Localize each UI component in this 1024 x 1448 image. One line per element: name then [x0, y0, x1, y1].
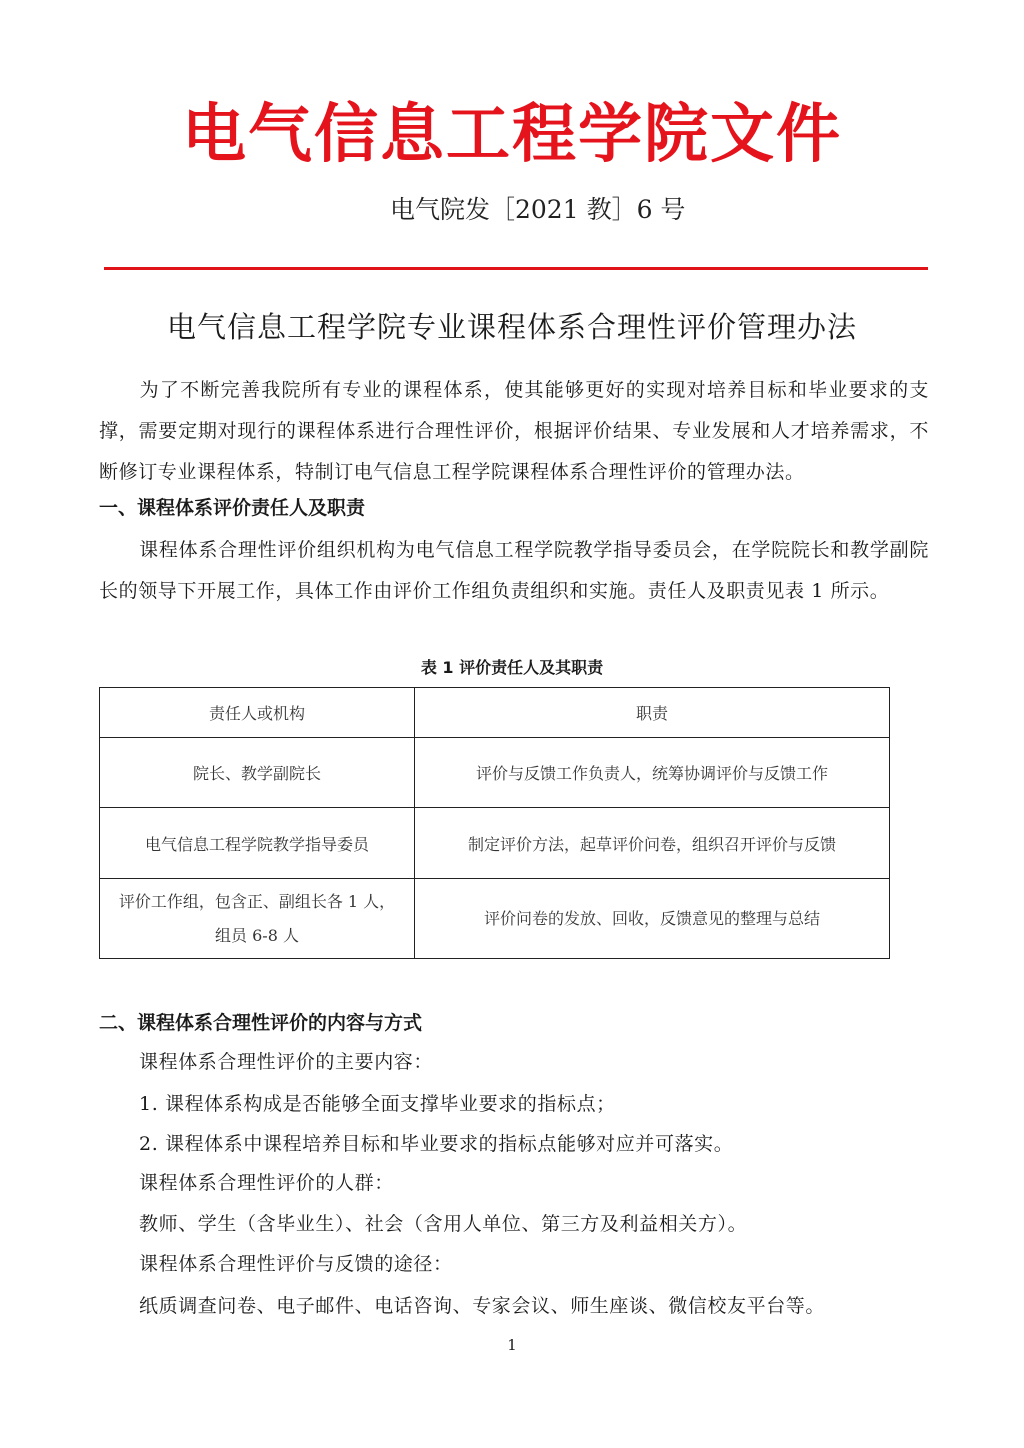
org-file-title: 电气信息工程学院文件 — [0, 95, 1024, 175]
page-number: 1 — [0, 1335, 1024, 1355]
table-row: 电气信息工程学院教学指导委员 制定评价方法，起草评价问卷，组织召开评价与反馈 — [100, 808, 890, 879]
table-cell: 评价问卷的发放、回收，反馈意见的整理与总结 — [415, 879, 890, 959]
section-2-heading: 二、课程体系合理性评价的内容与方式 — [99, 1007, 422, 1039]
table-cell: 评价工作组，包含正、副组长各 1 人， 组员 6-8 人 — [100, 879, 415, 959]
document-title: 电气信息工程学院专业课程体系合理性评价管理办法 — [0, 305, 1024, 349]
table-caption: 表 1 评价责任人及其职责 — [0, 656, 1024, 680]
table-row: 评价工作组，包含正、副组长各 1 人， 组员 6-8 人 评价问卷的发放、回收，… — [100, 879, 890, 959]
section-1-heading: 一、课程体系评价责任人及职责 — [99, 492, 365, 524]
table-row: 院长、教学副院长 评价与反馈工作负责人，统筹协调评价与反馈工作 — [100, 738, 890, 808]
red-divider-rule — [104, 267, 928, 270]
content-line: 课程体系合理性评价的主要内容： — [139, 1046, 433, 1078]
table-cell: 院长、教学副院长 — [100, 738, 415, 808]
table-header-cell: 责任人或机构 — [100, 688, 415, 738]
content-line: 课程体系合理性评价与反馈的途径： — [139, 1248, 453, 1280]
document-page: 电气信息工程学院文件 电气院发［2021 教］6 号 电气信息工程学院专业课程体… — [0, 0, 1024, 1448]
table-cell-line: 组员 6-8 人 — [106, 919, 408, 953]
table-header-row: 责任人或机构 职责 — [100, 688, 890, 738]
section-1-paragraph: 课程体系合理性评价组织机构为电气信息工程学院教学指导委员会，在学院院长和教学副院… — [99, 530, 929, 612]
document-number: 电气院发［2021 教］6 号 — [390, 192, 685, 228]
table-cell: 电气信息工程学院教学指导委员 — [100, 808, 415, 879]
list-item: 2. 课程体系中课程培养目标和毕业要求的指标点能够对应并可落实。 — [139, 1128, 733, 1160]
intro-text: 为了不断完善我院所有专业的课程体系，使其能够更好的实现对培养目标和毕业要求的支撑… — [99, 379, 929, 483]
responsibility-table: 责任人或机构 职责 院长、教学副院长 评价与反馈工作负责人，统筹协调评价与反馈工… — [99, 687, 890, 959]
table-cell-line: 评价工作组，包含正、副组长各 1 人， — [106, 885, 408, 919]
content-line: 教师、学生（含毕业生）、社会（含用人单位、第三方及利益相关方）。 — [139, 1208, 747, 1240]
section-1-text: 课程体系合理性评价组织机构为电气信息工程学院教学指导委员会，在学院院长和教学副院… — [99, 539, 929, 602]
content-line: 课程体系合理性评价的人群： — [139, 1167, 394, 1199]
table-header-cell: 职责 — [415, 688, 890, 738]
table-cell: 评价与反馈工作负责人，统筹协调评价与反馈工作 — [415, 738, 890, 808]
table-cell: 制定评价方法，起草评价问卷，组织召开评价与反馈 — [415, 808, 890, 879]
list-item: 1. 课程体系构成是否能够全面支撑毕业要求的指标点； — [139, 1088, 616, 1120]
intro-paragraph: 为了不断完善我院所有专业的课程体系，使其能够更好的实现对培养目标和毕业要求的支撑… — [99, 370, 929, 493]
content-line: 纸质调查问卷、电子邮件、电话咨询、专家会议、师生座谈、微信校友平台等。 — [139, 1290, 825, 1322]
